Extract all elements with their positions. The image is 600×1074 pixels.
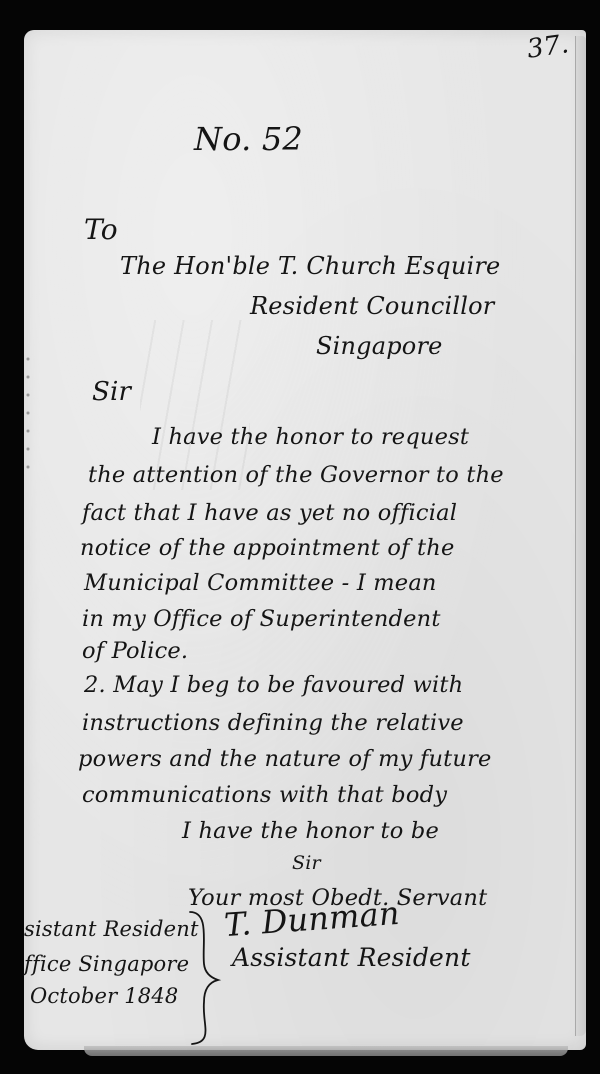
margin-note-line: sistant Resident <box>24 917 199 941</box>
margin-note-line: ffice Singapore <box>24 952 189 976</box>
addressee-title: Resident Councillor <box>250 292 494 320</box>
page-edge-right <box>575 36 586 1036</box>
document-number: No. 52 <box>194 120 303 158</box>
body-line: the attention of the Governor to the <box>88 462 504 488</box>
body-line: in my Office of Superintendent <box>82 606 441 632</box>
body-line: notice of the appointment of the <box>80 535 454 561</box>
curly-brace-icon <box>184 908 224 1048</box>
folio-number: 37. <box>525 29 571 65</box>
closing-line: I have the honor to be <box>182 818 439 844</box>
signature-title: Assistant Resident <box>232 943 471 972</box>
body-line: I have the honor to request <box>152 424 469 450</box>
addressee-place: Singapore <box>316 332 443 360</box>
salutation: Sir <box>92 377 131 407</box>
letter-page: 37. No. 52 To The Hon'ble T. Church Esqu… <box>24 30 586 1050</box>
addressee-name: The Hon'ble T. Church Esquire <box>120 252 500 280</box>
body-line: Municipal Committee - I mean <box>84 570 437 596</box>
body-line: powers and the nature of my future <box>78 746 492 772</box>
addressee-prefix: To <box>84 213 118 246</box>
body-line: 2. May I beg to be favoured with <box>84 672 463 698</box>
page-edge-bottom <box>84 1046 568 1056</box>
body-line: instructions defining the relative <box>82 710 464 736</box>
body-line: fact that I have as yet no official <box>82 500 457 526</box>
margin-note-date: October 1848 <box>30 984 179 1008</box>
closing-sir: Sir <box>292 852 321 874</box>
body-line: communications with that body <box>82 782 447 808</box>
body-line: of Police. <box>82 638 188 664</box>
binding-holes <box>24 350 34 480</box>
